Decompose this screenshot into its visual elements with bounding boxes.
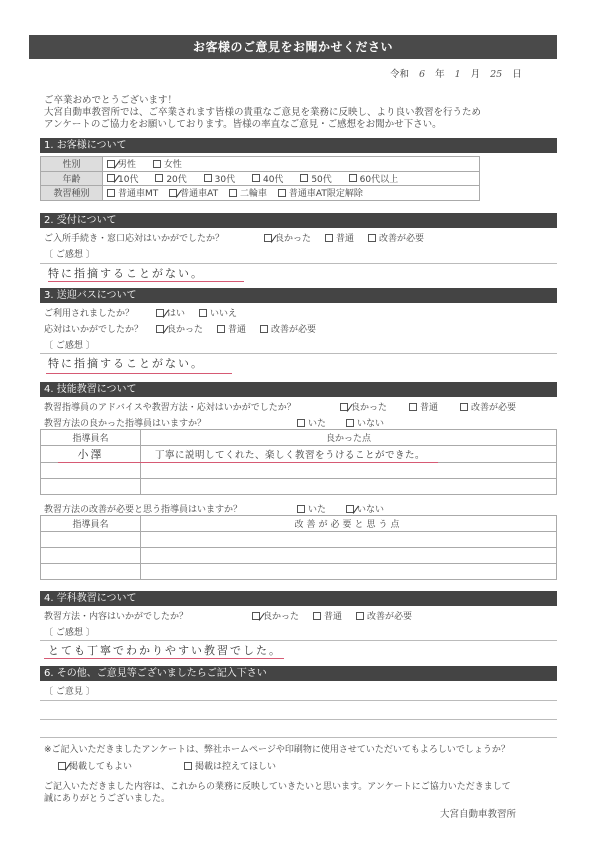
course-type-label: 教習種別 bbox=[41, 186, 103, 201]
underline-mark bbox=[46, 373, 232, 374]
date-day-unit: 日 bbox=[512, 66, 522, 80]
academic-normal[interactable]: 普通 bbox=[313, 609, 342, 622]
course-motorcycle[interactable]: 二輪車 bbox=[229, 186, 267, 199]
academic-needs-improvement[interactable]: 改善が必要 bbox=[356, 609, 412, 622]
divider bbox=[40, 640, 557, 641]
gender-row: 性別 男性 女性 bbox=[41, 157, 480, 172]
reception-normal[interactable]: 普通 bbox=[325, 231, 354, 244]
bus-service-normal[interactable]: 普通 bbox=[217, 322, 246, 335]
reception-question-row: ご入所手続き・窓口応対はいかがでしたか？ 良かった 普通 改善が必要 bbox=[44, 231, 438, 244]
date-month-unit: 月 bbox=[471, 66, 481, 80]
other-comment-line-2[interactable] bbox=[40, 719, 557, 720]
reception-needs-improvement[interactable]: 改善が必要 bbox=[368, 231, 424, 244]
date-era: 令和 bbox=[390, 66, 409, 80]
checkbox-icon[interactable] bbox=[346, 419, 354, 427]
improve-instructor-yes[interactable]: いた bbox=[297, 502, 326, 515]
instructor-needs-improvement[interactable]: 改善が必要 bbox=[460, 400, 516, 413]
checkbox-icon[interactable] bbox=[340, 403, 348, 411]
form-title: お客様のご意見をお聞かせください bbox=[29, 35, 557, 59]
good-points-cell[interactable]: 丁寧に説明してくれた、楽しく教習をうけることができた。 bbox=[141, 446, 557, 463]
consent-options: 掲載してもよい 掲載は控えてほしい bbox=[58, 759, 290, 772]
checkbox-icon[interactable] bbox=[297, 505, 305, 513]
closing-line: 誠にありがとうございました。 bbox=[44, 793, 511, 805]
gender-male[interactable]: 男性 bbox=[107, 157, 136, 170]
checkbox-icon[interactable] bbox=[409, 403, 417, 411]
checkbox-icon[interactable] bbox=[313, 612, 321, 620]
customer-info-table: 性別 男性 女性 年齢 10代 20代 30代 40代 50代 60代以上 教習… bbox=[40, 156, 480, 201]
age-10s[interactable]: 10代 bbox=[107, 172, 138, 185]
date-year-unit: 年 bbox=[435, 66, 445, 80]
table-header-row: 指導員名 良かった点 bbox=[41, 430, 557, 446]
academic-good[interactable]: 良かった bbox=[252, 609, 299, 622]
checkbox-icon[interactable] bbox=[155, 174, 163, 182]
good-instructor-question: 教習方法の良かった指導員はいますか？ bbox=[44, 416, 297, 429]
gender-female[interactable]: 女性 bbox=[153, 157, 182, 170]
bus-service-good[interactable]: 良かった bbox=[156, 322, 203, 335]
checkbox-icon[interactable] bbox=[156, 325, 164, 333]
table-header-row: 指導員名 改善が必要と思う点 bbox=[41, 516, 557, 532]
checkbox-icon[interactable] bbox=[107, 189, 115, 197]
academic-comment[interactable]: とても丁寧でわかりやすい教習でした。 bbox=[48, 642, 282, 658]
checkbox-icon[interactable] bbox=[199, 309, 207, 317]
col-header-instructor: 指導員名 bbox=[41, 516, 141, 532]
table-row bbox=[41, 564, 557, 580]
checkbox-icon[interactable] bbox=[153, 160, 161, 168]
checkbox-icon[interactable] bbox=[368, 234, 376, 242]
age-30s[interactable]: 30代 bbox=[204, 172, 235, 185]
reception-comment-label: 〔 ご感想 〕 bbox=[44, 247, 95, 260]
consent-decline[interactable]: 掲載は控えてほしい bbox=[184, 759, 276, 772]
checkbox-icon[interactable] bbox=[278, 189, 286, 197]
gender-label: 性別 bbox=[41, 157, 103, 172]
age-40s[interactable]: 40代 bbox=[252, 172, 283, 185]
bus-usage-yes[interactable]: はい bbox=[156, 306, 185, 319]
course-at[interactable]: 普通車AT bbox=[169, 186, 218, 199]
table-row: 小澤 丁寧に説明してくれた、楽しく教習をうけることができた。 bbox=[41, 446, 557, 463]
improvement-points-cell[interactable] bbox=[141, 532, 557, 548]
closing-text: ご記入いただきました内容は、これからの業務に反映していきたいと思います。アンケー… bbox=[44, 781, 511, 805]
improve-instructor-table: 指導員名 改善が必要と思う点 bbox=[40, 515, 557, 580]
instructor-normal[interactable]: 普通 bbox=[409, 400, 438, 413]
checkbox-icon[interactable] bbox=[252, 174, 260, 182]
other-comment-line-3[interactable] bbox=[40, 737, 557, 738]
improvement-points-cell[interactable] bbox=[141, 548, 557, 564]
age-50s[interactable]: 50代 bbox=[300, 172, 331, 185]
checkbox-icon[interactable] bbox=[346, 505, 354, 513]
good-points-cell[interactable] bbox=[141, 463, 557, 479]
section-header-customer: 1. お客様について bbox=[40, 138, 557, 153]
section-header-reception: 2. 受付について bbox=[40, 213, 557, 228]
checkbox-icon[interactable] bbox=[58, 762, 66, 770]
consent-allow[interactable]: 掲載してもよい bbox=[58, 759, 132, 772]
checkbox-icon[interactable] bbox=[260, 325, 268, 333]
other-comment-label: 〔 ご意見 〕 bbox=[44, 684, 95, 697]
section-header-other-comments: 6. その他、ご意見等ございましたらご記入下さい bbox=[40, 666, 557, 681]
checkbox-icon[interactable] bbox=[349, 174, 357, 182]
intro-line: ご卒業おめでとうございます！ bbox=[44, 95, 481, 107]
bus-service-question: 応対はいかがでしたか？ bbox=[44, 322, 156, 335]
good-instructor-row: 教習方法の良かった指導員はいますか？ いた いない bbox=[44, 416, 398, 429]
underline-mark bbox=[44, 658, 284, 659]
checkbox-icon[interactable] bbox=[184, 762, 192, 770]
divider bbox=[40, 263, 557, 264]
other-comment-line-1[interactable] bbox=[40, 700, 557, 701]
organization-name: 大宮自動車教習所 bbox=[440, 806, 516, 820]
checkbox-icon[interactable] bbox=[264, 234, 272, 242]
reception-comment[interactable]: 特に指摘することがない。 bbox=[48, 265, 204, 281]
course-type-row: 教習種別 普通車MT 普通車AT 二輪車 普通車AT限定解除 bbox=[41, 186, 480, 201]
checkbox-icon[interactable] bbox=[460, 403, 468, 411]
bus-service-needs-improvement[interactable]: 改善が必要 bbox=[260, 322, 316, 335]
age-row: 年齢 10代 20代 30代 40代 50代 60代以上 bbox=[41, 171, 480, 186]
improvement-points-cell[interactable] bbox=[141, 564, 557, 580]
good-instructor-no[interactable]: いない bbox=[346, 416, 384, 429]
date-month[interactable]: 1 bbox=[455, 69, 461, 80]
intro-line: アンケートのご協力をお願いしております。皆様の率直なご意見・ご感想をお聞かせ下さ… bbox=[44, 119, 481, 131]
instructor-rating-question: 教習指導員のアドバイスや教習方法・応対はいかがでしたか？ bbox=[44, 400, 340, 413]
course-at-release[interactable]: 普通車AT限定解除 bbox=[278, 186, 363, 199]
academic-rating-row: 教習方法・内容はいかがでしたか？ 良かった 普通 改善が必要 bbox=[44, 609, 426, 622]
good-instructor-yes[interactable]: いた bbox=[297, 416, 326, 429]
instructor-name-cell[interactable] bbox=[41, 564, 141, 580]
bus-usage-row: ご利用されましたか？ はい いいえ bbox=[44, 306, 251, 319]
col-header-instructor: 指導員名 bbox=[41, 430, 141, 446]
checkbox-icon[interactable] bbox=[107, 160, 115, 168]
section-header-academic-lessons: 4. 学科教習について bbox=[40, 591, 557, 606]
improve-instructor-question: 教習方法の改善が必要と思う指導員はいますか？ bbox=[44, 502, 297, 515]
reception-good[interactable]: 良かった bbox=[264, 231, 311, 244]
improve-instructor-row: 教習方法の改善が必要と思う指導員はいますか？ いた いない bbox=[44, 502, 398, 515]
underline-mark bbox=[48, 281, 244, 282]
instructor-name-cell[interactable] bbox=[41, 532, 141, 548]
section-header-driving-lessons: 4. 技能教習について bbox=[40, 382, 557, 397]
checkbox-icon[interactable] bbox=[107, 174, 115, 182]
checkbox-icon[interactable] bbox=[325, 234, 333, 242]
date-day[interactable]: 25 bbox=[490, 69, 502, 80]
checkbox-icon[interactable] bbox=[204, 174, 212, 182]
checkbox-icon[interactable] bbox=[156, 309, 164, 317]
table-row bbox=[41, 479, 557, 495]
instructor-name-cell[interactable] bbox=[41, 479, 141, 495]
instructor-good[interactable]: 良かった bbox=[340, 400, 387, 413]
consent-question: ※ご記入いただきましたアンケートは、弊社ホームページや印刷物に使用させていただい… bbox=[44, 744, 510, 756]
bus-comment-label: 〔 ご感想 〕 bbox=[44, 338, 95, 351]
age-20s[interactable]: 20代 bbox=[155, 172, 186, 185]
academic-rating-question: 教習方法・内容はいかがでしたか？ bbox=[44, 609, 252, 622]
divider bbox=[40, 353, 557, 354]
col-header-good-points: 良かった点 bbox=[141, 430, 557, 446]
section-header-shuttle-bus: 3. 送迎バスについて bbox=[40, 288, 557, 303]
bus-service-row: 応対はいかがでしたか？ 良かった 普通 改善が必要 bbox=[44, 322, 330, 335]
table-row bbox=[41, 548, 557, 564]
closing-line: ご記入いただきました内容は、これからの業務に反映していきたいと思います。アンケー… bbox=[44, 781, 511, 793]
date-field: 令和 6 年 1 月 25 日 bbox=[390, 66, 560, 80]
checkbox-icon[interactable] bbox=[169, 189, 177, 197]
table-row bbox=[41, 532, 557, 548]
bus-usage-question: ご利用されましたか？ bbox=[44, 306, 156, 319]
checkbox-icon[interactable] bbox=[300, 174, 308, 182]
age-label: 年齢 bbox=[41, 171, 103, 186]
checkbox-icon[interactable] bbox=[297, 419, 305, 427]
instructor-name-cell[interactable] bbox=[41, 548, 141, 564]
instructor-name-cell[interactable]: 小澤 bbox=[41, 446, 141, 463]
underline-mark bbox=[58, 462, 438, 463]
bus-usage-no[interactable]: いいえ bbox=[199, 306, 237, 319]
table-row bbox=[41, 463, 557, 479]
date-year[interactable]: 6 bbox=[419, 69, 425, 80]
good-points-cell[interactable] bbox=[141, 479, 557, 495]
checkbox-icon[interactable] bbox=[252, 612, 260, 620]
instructor-name-cell[interactable] bbox=[41, 463, 141, 479]
age-60s-plus[interactable]: 60代以上 bbox=[349, 172, 398, 185]
intro-text: ご卒業おめでとうございます！ 大宮自動車教習所では、ご卒業されます皆様の貴重なご… bbox=[44, 95, 481, 131]
improve-instructor-no[interactable]: いない bbox=[346, 502, 384, 515]
instructor-rating-row: 教習指導員のアドバイスや教習方法・応対はいかがでしたか？ 良かった 普通 改善が… bbox=[44, 400, 530, 413]
checkbox-icon[interactable] bbox=[356, 612, 364, 620]
intro-line: 大宮自動車教習所では、ご卒業されます皆様の貴重なご意見を業務に反映し、より良い教… bbox=[44, 107, 481, 119]
academic-comment-label: 〔 ご感想 〕 bbox=[44, 625, 95, 638]
bus-comment[interactable]: 特に指摘することがない。 bbox=[48, 355, 204, 371]
course-mt[interactable]: 普通車MT bbox=[107, 186, 158, 199]
checkbox-icon[interactable] bbox=[217, 325, 225, 333]
col-header-improvement-points: 改善が必要と思う点 bbox=[141, 516, 557, 532]
reception-question: ご入所手続き・窓口応対はいかがでしたか？ bbox=[44, 231, 264, 244]
checkbox-icon[interactable] bbox=[229, 189, 237, 197]
